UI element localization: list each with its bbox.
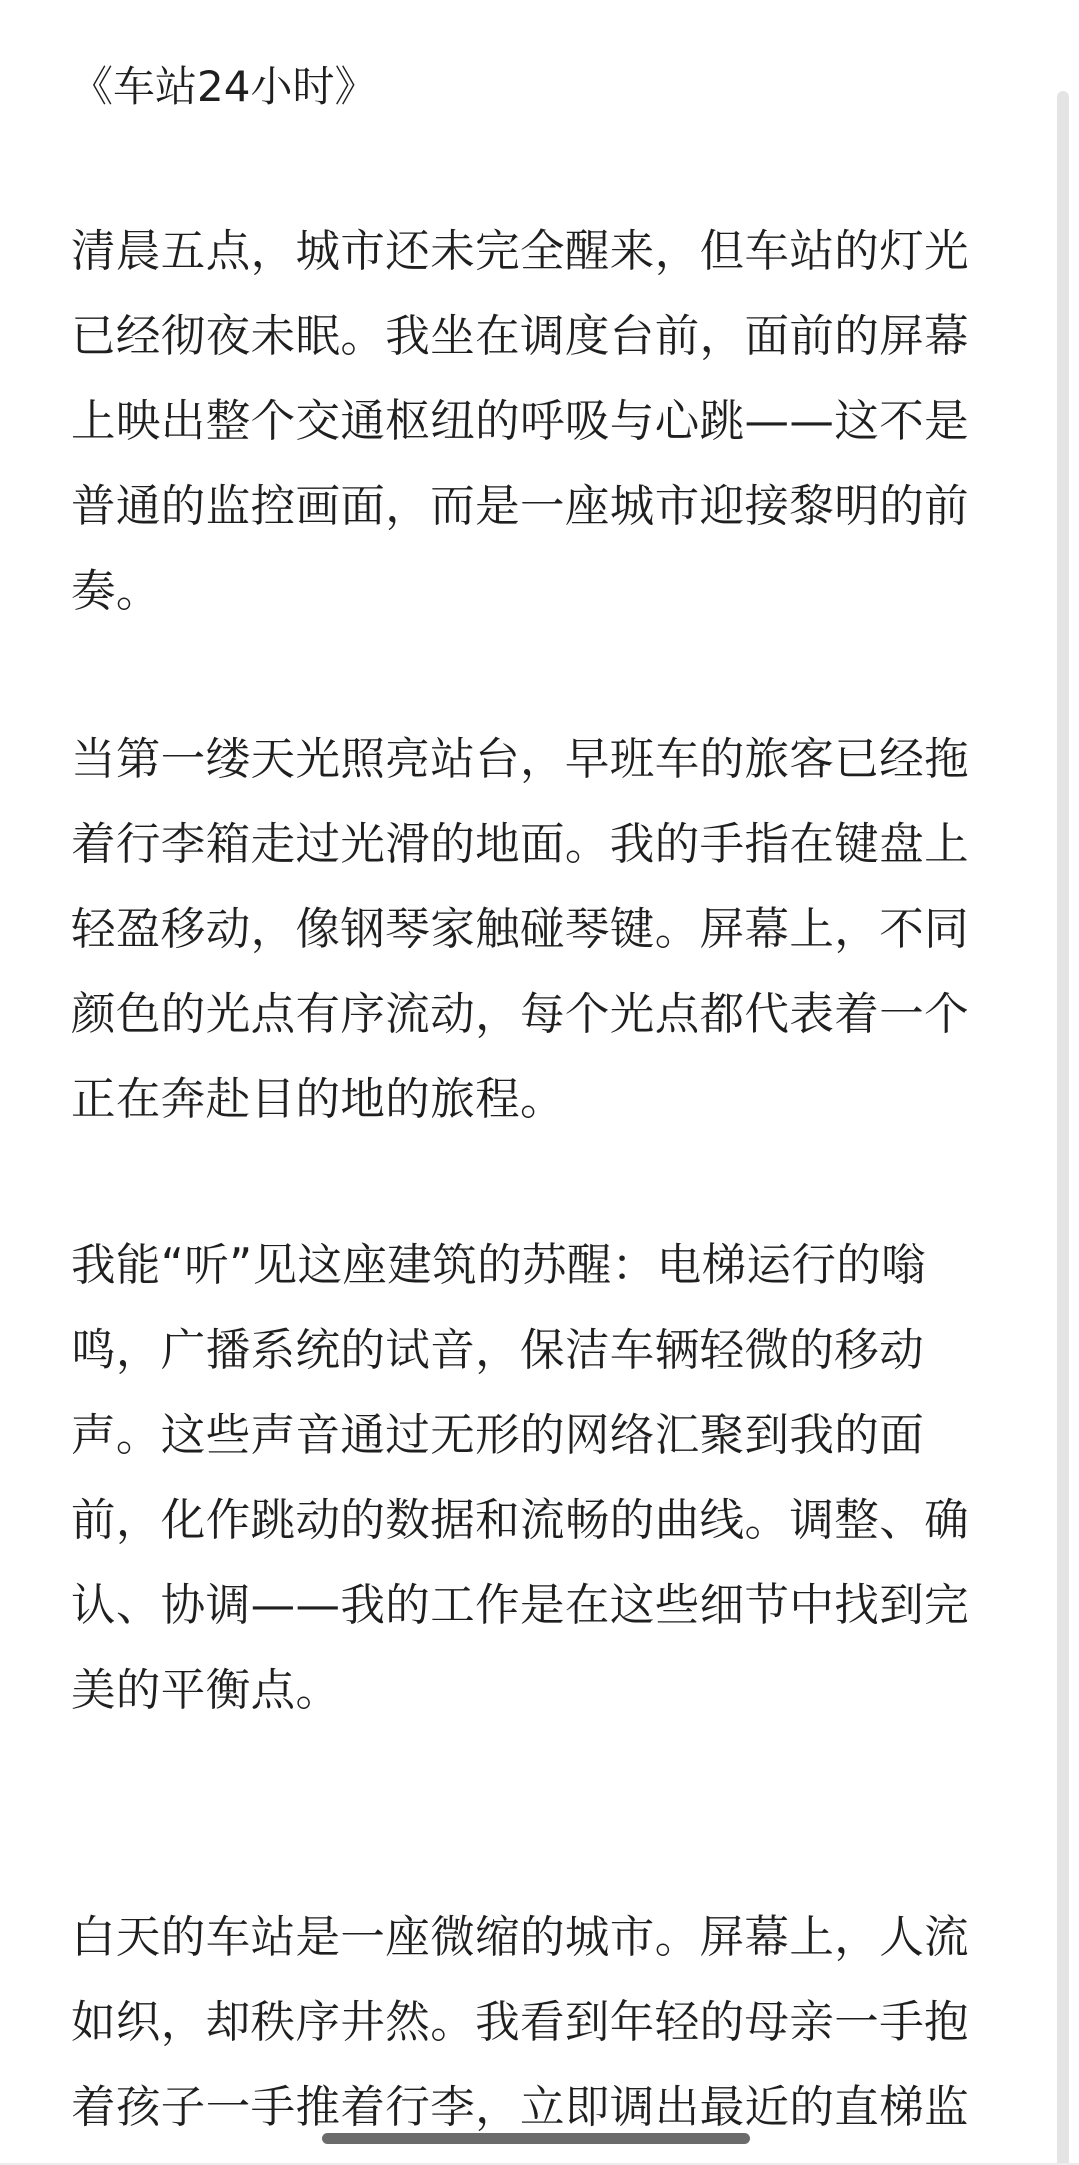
text-line: 清晨五点，城市还未完全醒来，但车站的灯光: [71, 228, 969, 313]
paragraph-3: 我能“听”见这座建筑的苏醒：电梯运行的嗡 鸣，广播系统的试音，保洁车辆轻微的移动…: [71, 1242, 969, 1752]
text-line: 已经彻夜未眠。我坐在调度台前，面前的屏幕: [71, 313, 969, 398]
text-line: 着行李箱走过光滑的地面。我的手指在键盘上: [71, 821, 969, 906]
paragraph-4: 白天的车站是一座微缩的城市。屏幕上，人流 如织，却秩序井然。我看到年轻的母亲一手…: [71, 1914, 969, 2165]
text-line: 正在奔赴目的地的旅程。: [71, 1076, 969, 1161]
text-line: 白天的车站是一座微缩的城市。屏幕上，人流: [71, 1914, 969, 1999]
document-title: 《车站24小时》: [71, 60, 376, 114]
text-line: 轻盈移动，像钢琴家触碰琴键。屏幕上，不同: [71, 906, 969, 991]
text-line: 认、协调——我的工作是在这些细节中找到完: [71, 1582, 969, 1667]
text-line: 声。这些声音通过无形的网络汇聚到我的面: [71, 1412, 969, 1497]
text-line: 如织，却秩序井然。我看到年轻的母亲一手抱: [71, 1999, 969, 2084]
text-line: 颜色的光点有序流动，每个光点都代表着一个: [71, 991, 969, 1076]
text-line: 当第一缕天光照亮站台，早班车的旅客已经拖: [71, 736, 969, 821]
vertical-scrollbar[interactable]: [1057, 91, 1069, 2165]
text-line: 奏。: [71, 568, 969, 653]
text-line: 鸣，广播系统的试音，保洁车辆轻微的移动: [71, 1327, 969, 1412]
text-line: 着孩子一手推着行李，立即调出最近的直梯监: [71, 2084, 969, 2165]
text-line: 美的平衡点。: [71, 1667, 969, 1752]
home-indicator-bar[interactable]: [322, 2133, 750, 2144]
text-line: 普通的监控画面，而是一座城市迎接黎明的前: [71, 483, 969, 568]
paragraph-2: 当第一缕天光照亮站台，早班车的旅客已经拖 着行李箱走过光滑的地面。我的手指在键盘…: [71, 736, 969, 1161]
text-line: 前，化作跳动的数据和流畅的曲线。调整、确: [71, 1497, 969, 1582]
text-line: 我能“听”见这座建筑的苏醒：电梯运行的嗡: [71, 1242, 969, 1327]
text-line: 上映出整个交通枢纽的呼吸与心跳——这不是: [71, 398, 969, 483]
paragraph-1: 清晨五点，城市还未完全醒来，但车站的灯光 已经彻夜未眠。我坐在调度台前，面前的屏…: [71, 228, 969, 653]
